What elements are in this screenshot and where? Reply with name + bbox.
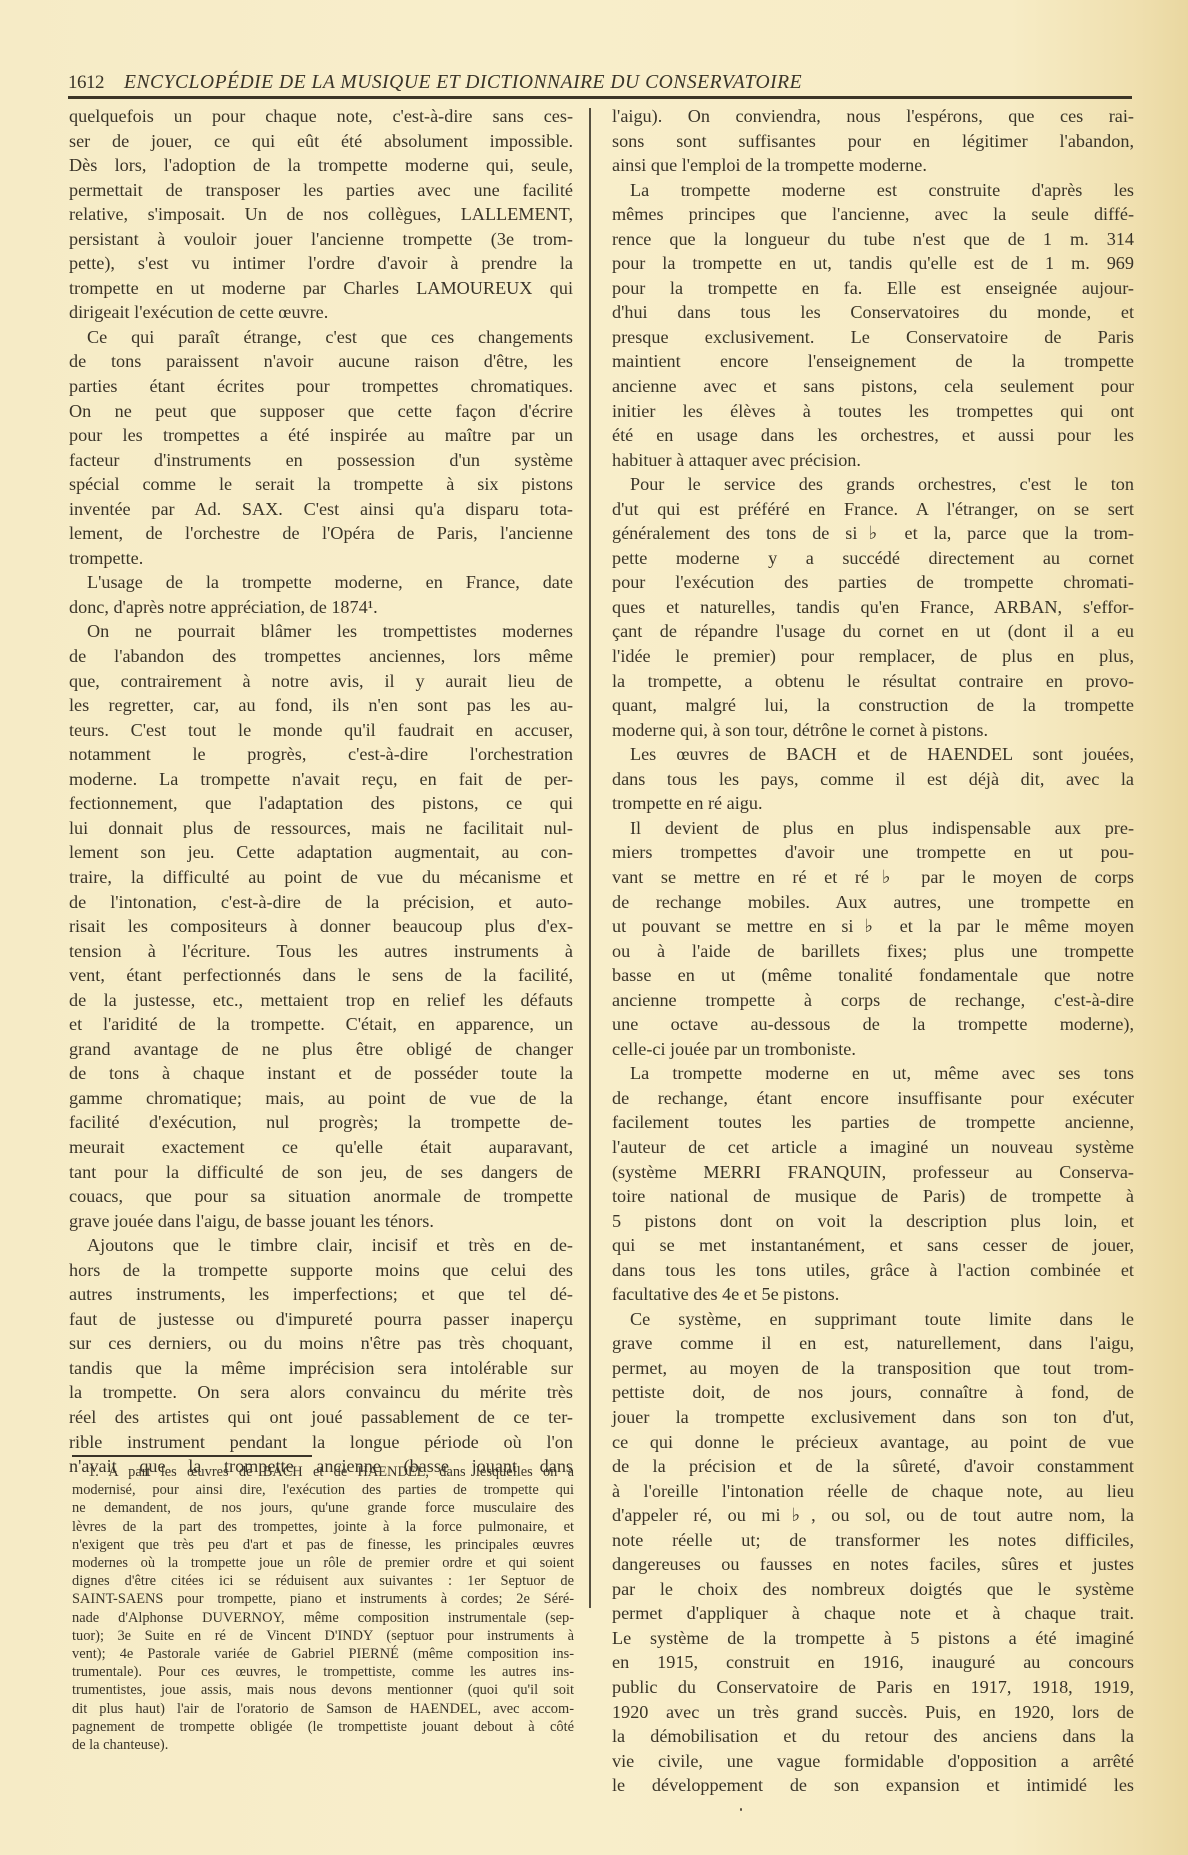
text-line: et l'aridité de la trompette. C'était, e… bbox=[69, 1012, 573, 1037]
text-line: facilement toutes les parties de trompet… bbox=[612, 1110, 1134, 1135]
text-line: la trompette, a obtenu le résultat contr… bbox=[612, 669, 1134, 694]
text-line: lui donnait plus de ressources, mais ne … bbox=[69, 816, 573, 841]
text-line: 1920 avec un très grand succès. Puis, en… bbox=[612, 1700, 1134, 1725]
footnote-rule bbox=[72, 1455, 312, 1457]
text-line: lement, de l'orchestre de l'Opéra de Par… bbox=[69, 521, 573, 546]
text-line: On ne peut que supposer que cette façon … bbox=[69, 399, 573, 424]
text-line: d'ut qui est préféré en France. A l'étra… bbox=[612, 497, 1134, 522]
text-line: ne demandent, de nos jours, qu'une grand… bbox=[72, 1499, 574, 1517]
text-line: lèvres de la part des trompettes, jointe… bbox=[72, 1518, 574, 1536]
text-line: les regretter, car, au fond, ils n'en so… bbox=[69, 693, 573, 718]
text-line: de l'abandon des trompettes anciennes, l… bbox=[69, 644, 573, 669]
text-line: été en usage dans les orchestres, et aus… bbox=[612, 423, 1134, 448]
text-line: Pour le service des grands orchestres, c… bbox=[612, 472, 1134, 497]
text-line: Ce système, en supprimant toute limite d… bbox=[612, 1307, 1134, 1332]
text-line: ce qui donne le précieux avantage, au po… bbox=[612, 1430, 1134, 1455]
print-speck bbox=[740, 1808, 742, 1811]
text-line: généralement des tons de si♭ et la, parc… bbox=[612, 521, 1134, 546]
text-line: La trompette moderne en ut, même avec se… bbox=[612, 1061, 1134, 1086]
text-line: trompette en ut moderne par Charles LAMO… bbox=[69, 276, 573, 301]
text-line: modernes où la trompette joue un rôle de… bbox=[72, 1554, 574, 1572]
text-line: pagnement de trompette obligée (le tromp… bbox=[72, 1718, 574, 1736]
text-line: relative, s'imposait. Un de nos collègue… bbox=[69, 202, 573, 227]
text-line: de tons paraissent n'avoir aucune raison… bbox=[69, 349, 573, 374]
text-line: de la précision et de la sûreté, d'avoir… bbox=[612, 1454, 1134, 1479]
text-line: de la chanteuse). bbox=[72, 1736, 574, 1754]
text-line: fectionnement, que l'adaptation des pist… bbox=[69, 791, 573, 816]
text-line: spécial comme le serait la trompette à s… bbox=[69, 472, 573, 497]
text-line: vent); 4e Pastorale variée de Gabriel PI… bbox=[72, 1645, 574, 1663]
text-line: de rechange mobiles. Aux autres, une tro… bbox=[612, 890, 1134, 915]
text-line: dans tous les pays, comme il est déjà di… bbox=[612, 767, 1134, 792]
text-line: Ajoutons que le timbre clair, incisif et… bbox=[69, 1233, 573, 1258]
text-line: toire national de musique de Paris) de t… bbox=[612, 1184, 1134, 1209]
text-line: initier les élèves à toutes les trompett… bbox=[612, 399, 1134, 424]
text-line: Les œuvres de BACH et de HAENDEL sont jo… bbox=[612, 742, 1134, 767]
text-line: trumentistes, joue assis, mais nous devo… bbox=[72, 1681, 574, 1699]
footnote: 1. A part les œuvres de BACH et de HAEND… bbox=[72, 1463, 574, 1754]
text-line: pour l'exécution des parties de trompett… bbox=[612, 570, 1134, 595]
text-line: nade d'Alphonse DUVERNOY, même compositi… bbox=[72, 1609, 574, 1627]
text-line: mêmes principes que l'ancienne, avec la … bbox=[612, 202, 1134, 227]
text-line: Le système de la trompette à 5 pistons a… bbox=[612, 1626, 1134, 1651]
text-line: donc, d'après notre appréciation, de 187… bbox=[69, 595, 573, 620]
text-line: jouer la trompette exclusivement dans so… bbox=[612, 1405, 1134, 1430]
text-line: dangereuses ou fausses en notes faciles,… bbox=[612, 1552, 1134, 1577]
text-line: parties étant écrites pour trompettes ch… bbox=[69, 374, 573, 399]
text-line: ou à l'aide de barillets fixes; plus une… bbox=[612, 939, 1134, 964]
text-line: grave jouée dans l'aigu, de basse jouant… bbox=[69, 1209, 573, 1234]
text-line: ques et naturelles, tandis qu'en France,… bbox=[612, 595, 1134, 620]
text-line: dirigeait l'exécution de cette œuvre. bbox=[69, 300, 573, 325]
text-line: quelquefois un pour chaque note, c'est-à… bbox=[69, 104, 573, 129]
text-line: tuor); 3e Suite en ré de Vincent D'INDY … bbox=[72, 1627, 574, 1645]
text-line: notamment le progrès, c'est-à-dire l'orc… bbox=[69, 742, 573, 767]
text-line: n'exigent que très peu d'art et pas de f… bbox=[72, 1536, 574, 1554]
text-line: meurait exactement ce qu'elle était aupa… bbox=[69, 1135, 573, 1160]
text-line: La trompette moderne est construite d'ap… bbox=[612, 178, 1134, 203]
text-line: vie civile, une vague formidable d'oppos… bbox=[612, 1749, 1134, 1774]
text-line: tandis que la même imprécision sera into… bbox=[69, 1356, 573, 1381]
text-line: inventée par Ad. SAX. C'est ainsi qu'a d… bbox=[69, 497, 573, 522]
text-line: quant, malgré lui, la construction de la… bbox=[612, 693, 1134, 718]
text-line: par le choix des nombreux doigtés que le… bbox=[612, 1577, 1134, 1602]
text-line: moderne qui, à son tour, détrône le corn… bbox=[612, 718, 1134, 743]
text-line: pour la trompette en fa. Elle est enseig… bbox=[612, 276, 1134, 301]
text-line: permet d'appliquer à chaque note et à ch… bbox=[612, 1601, 1134, 1626]
text-line: grave comme il en est, naturellement, da… bbox=[612, 1331, 1134, 1356]
text-line: d'hui dans tous les Conservatoires du mo… bbox=[612, 300, 1134, 325]
text-line: 1. A part les œuvres de BACH et de HAEND… bbox=[72, 1463, 574, 1481]
text-line: ut pouvant se mettre en si♭ et la par le… bbox=[612, 914, 1134, 939]
text-line: dans tous les tons utiles, grâce à l'act… bbox=[612, 1258, 1134, 1283]
text-line: Dès lors, l'adoption de la trompette mod… bbox=[69, 153, 573, 178]
text-line: Ce qui paraît étrange, c'est que ces cha… bbox=[69, 325, 573, 350]
text-line: facilité d'exécution, nul progrès; la tr… bbox=[69, 1110, 573, 1135]
text-line: pette moderne y a succédé directement au… bbox=[612, 546, 1134, 571]
text-line: risait les compositeurs à donner beaucou… bbox=[69, 914, 573, 939]
text-line: note réelle ut; de transformer les notes… bbox=[612, 1528, 1134, 1553]
text-line: tant pour la difficulté de son jeu, de s… bbox=[69, 1160, 573, 1185]
text-line: de rechange, étant encore insuffisante p… bbox=[612, 1086, 1134, 1111]
text-line: sons sont suffisantes pour en légitimer … bbox=[612, 129, 1134, 154]
text-line: la démobilisation et du retour des ancie… bbox=[612, 1724, 1134, 1749]
text-line: faut de justesse ou d'impureté pourra pa… bbox=[69, 1307, 573, 1332]
text-line: teurs. C'est tout le monde qu'il faudrai… bbox=[69, 718, 573, 743]
text-line: pette), s'est vu intimer l'ordre d'avoir… bbox=[69, 251, 573, 276]
header-rule bbox=[68, 96, 1132, 99]
column-divider bbox=[589, 108, 591, 1608]
text-line: vant se mettre en ré et ré♭ par le moyen… bbox=[612, 865, 1134, 890]
text-line: traire, la difficulté au point de vue du… bbox=[69, 865, 573, 890]
text-line: qui se met instantanément, et sans cesse… bbox=[612, 1233, 1134, 1258]
text-line: pettiste doit, de nos jours, connaître à… bbox=[612, 1380, 1134, 1405]
text-line: de l'intonation, c'est-à-dire de la préc… bbox=[69, 890, 573, 915]
text-line: en 1915, construit en 1916, inauguré au … bbox=[612, 1650, 1134, 1675]
right-column: l'aigu). On conviendra, nous l'espérons,… bbox=[612, 104, 1134, 1798]
text-line: grand avantage de ne plus être obligé de… bbox=[69, 1037, 573, 1062]
text-line: permettait de transposer les parties ave… bbox=[69, 178, 573, 203]
text-line: pour les trompettes a été inspirée au ma… bbox=[69, 423, 573, 448]
page-number: 1612 bbox=[68, 72, 124, 94]
text-line: autres instruments, les imperfections; e… bbox=[69, 1282, 573, 1307]
text-line: lement son jeu. Cette adaptation augment… bbox=[69, 840, 573, 865]
text-line: de tons à chaque instant et de posséder … bbox=[69, 1061, 573, 1086]
text-line: Il devient de plus en plus indispensable… bbox=[612, 816, 1134, 841]
text-line: ancienne avec et sans pistons, cela seul… bbox=[612, 374, 1134, 399]
text-line: ancienne trompette à corps de rechange, … bbox=[612, 988, 1134, 1013]
text-line: l'aigu). On conviendra, nous l'espérons,… bbox=[612, 104, 1134, 129]
text-line: (système MERRI FRANQUIN, professeur au C… bbox=[612, 1160, 1134, 1185]
text-line: L'usage de la trompette moderne, en Fran… bbox=[69, 570, 573, 595]
text-line: celle-ci jouée par un tromboniste. bbox=[612, 1037, 1134, 1062]
text-line: SAINT-SAENS pour trompette, piano et ins… bbox=[72, 1590, 574, 1608]
text-line: moderne. La trompette n'avait reçu, en f… bbox=[69, 767, 573, 792]
text-line: d'appeler ré, ou mi♭, ou sol, ou de tout… bbox=[612, 1503, 1134, 1528]
text-line: 5 pistons dont on voit la description pl… bbox=[612, 1209, 1134, 1234]
text-line: pour la trompette en ut, tandis qu'elle … bbox=[612, 251, 1134, 276]
left-column: quelquefois un pour chaque note, c'est-à… bbox=[69, 104, 573, 1479]
text-line: facultative des 4e et 5e pistons. bbox=[612, 1282, 1134, 1307]
text-line: On ne pourrait blâmer les trompettistes … bbox=[69, 619, 573, 644]
text-line: hors de la trompette supporte moins que … bbox=[69, 1258, 573, 1283]
text-line: que, contrairement à notre avis, il y au… bbox=[69, 669, 573, 694]
text-line: ser de jouer, ce qui eût été absolument … bbox=[69, 129, 573, 154]
text-line: l'idée le premier) pour remplacer, de pl… bbox=[612, 644, 1134, 669]
running-title: ENCYCLOPÉDIE DE LA MUSIQUE ET DICTIONNAI… bbox=[124, 71, 802, 94]
text-line: couacs, que pour sa situation anormale d… bbox=[69, 1184, 573, 1209]
text-line: trompette. bbox=[69, 546, 573, 571]
text-line: le développement de son expansion et int… bbox=[612, 1773, 1134, 1798]
text-line: l'auteur de cet article a imaginé un nou… bbox=[612, 1135, 1134, 1160]
text-line: persistant à vouloir jouer l'ancienne tr… bbox=[69, 227, 573, 252]
text-line: réel des artistes qui ont joué passablem… bbox=[69, 1405, 573, 1430]
text-line: dit plus haut) l'air de l'oratorio de Sa… bbox=[72, 1700, 574, 1718]
text-line: presque exclusivement. Le Conservatoire … bbox=[612, 325, 1134, 350]
text-line: gamme chromatique; mais, au point de vue… bbox=[69, 1086, 573, 1111]
text-line: permet, au moyen de la transposition que… bbox=[612, 1356, 1134, 1381]
text-line: maintient encore l'enseignement de la tr… bbox=[612, 349, 1134, 374]
text-line: trumentale). Pour ces œuvres, le trompet… bbox=[72, 1663, 574, 1681]
text-line: dignes d'être citées ici se réduisent au… bbox=[72, 1572, 574, 1590]
text-line: la trompette. On sera alors convaincu du… bbox=[69, 1380, 573, 1405]
text-line: rence que la longueur du tube n'est que … bbox=[612, 227, 1134, 252]
text-line: sur ces derniers, ou du moins n'être pas… bbox=[69, 1331, 573, 1356]
text-line: miers trompettes d'avoir une trompette e… bbox=[612, 840, 1134, 865]
text-line: trompette en ré aigu. bbox=[612, 791, 1134, 816]
text-line: public du Conservatoire de Paris en 1917… bbox=[612, 1675, 1134, 1700]
text-line: rible instrument pendant la longue pério… bbox=[69, 1430, 573, 1455]
text-line: de la justesse, etc., mettaient trop en … bbox=[69, 988, 573, 1013]
text-line: ainsi que l'emploi de la trompette moder… bbox=[612, 153, 1134, 178]
running-header: 1612 ENCYCLOPÉDIE DE LA MUSIQUE ET DICTI… bbox=[68, 64, 1136, 94]
text-line: facteur d'instruments en possession d'un… bbox=[69, 448, 573, 473]
text-line: basse en ut (même tonalité fondamentale … bbox=[612, 963, 1134, 988]
text-line: vent, étant perfectionnés dans le sens d… bbox=[69, 963, 573, 988]
text-line: modernisé, pour ainsi dire, l'exécution … bbox=[72, 1481, 574, 1499]
text-line: à l'oreille l'intonation réelle de chaqu… bbox=[612, 1479, 1134, 1504]
text-line: habituer à attaquer avec précision. bbox=[612, 448, 1134, 473]
text-line: tension à l'écriture. Tous les autres in… bbox=[69, 939, 573, 964]
text-line: une octave au-dessous de la trompette mo… bbox=[612, 1012, 1134, 1037]
text-line: çant de répandre l'usage du cornet en ut… bbox=[612, 619, 1134, 644]
